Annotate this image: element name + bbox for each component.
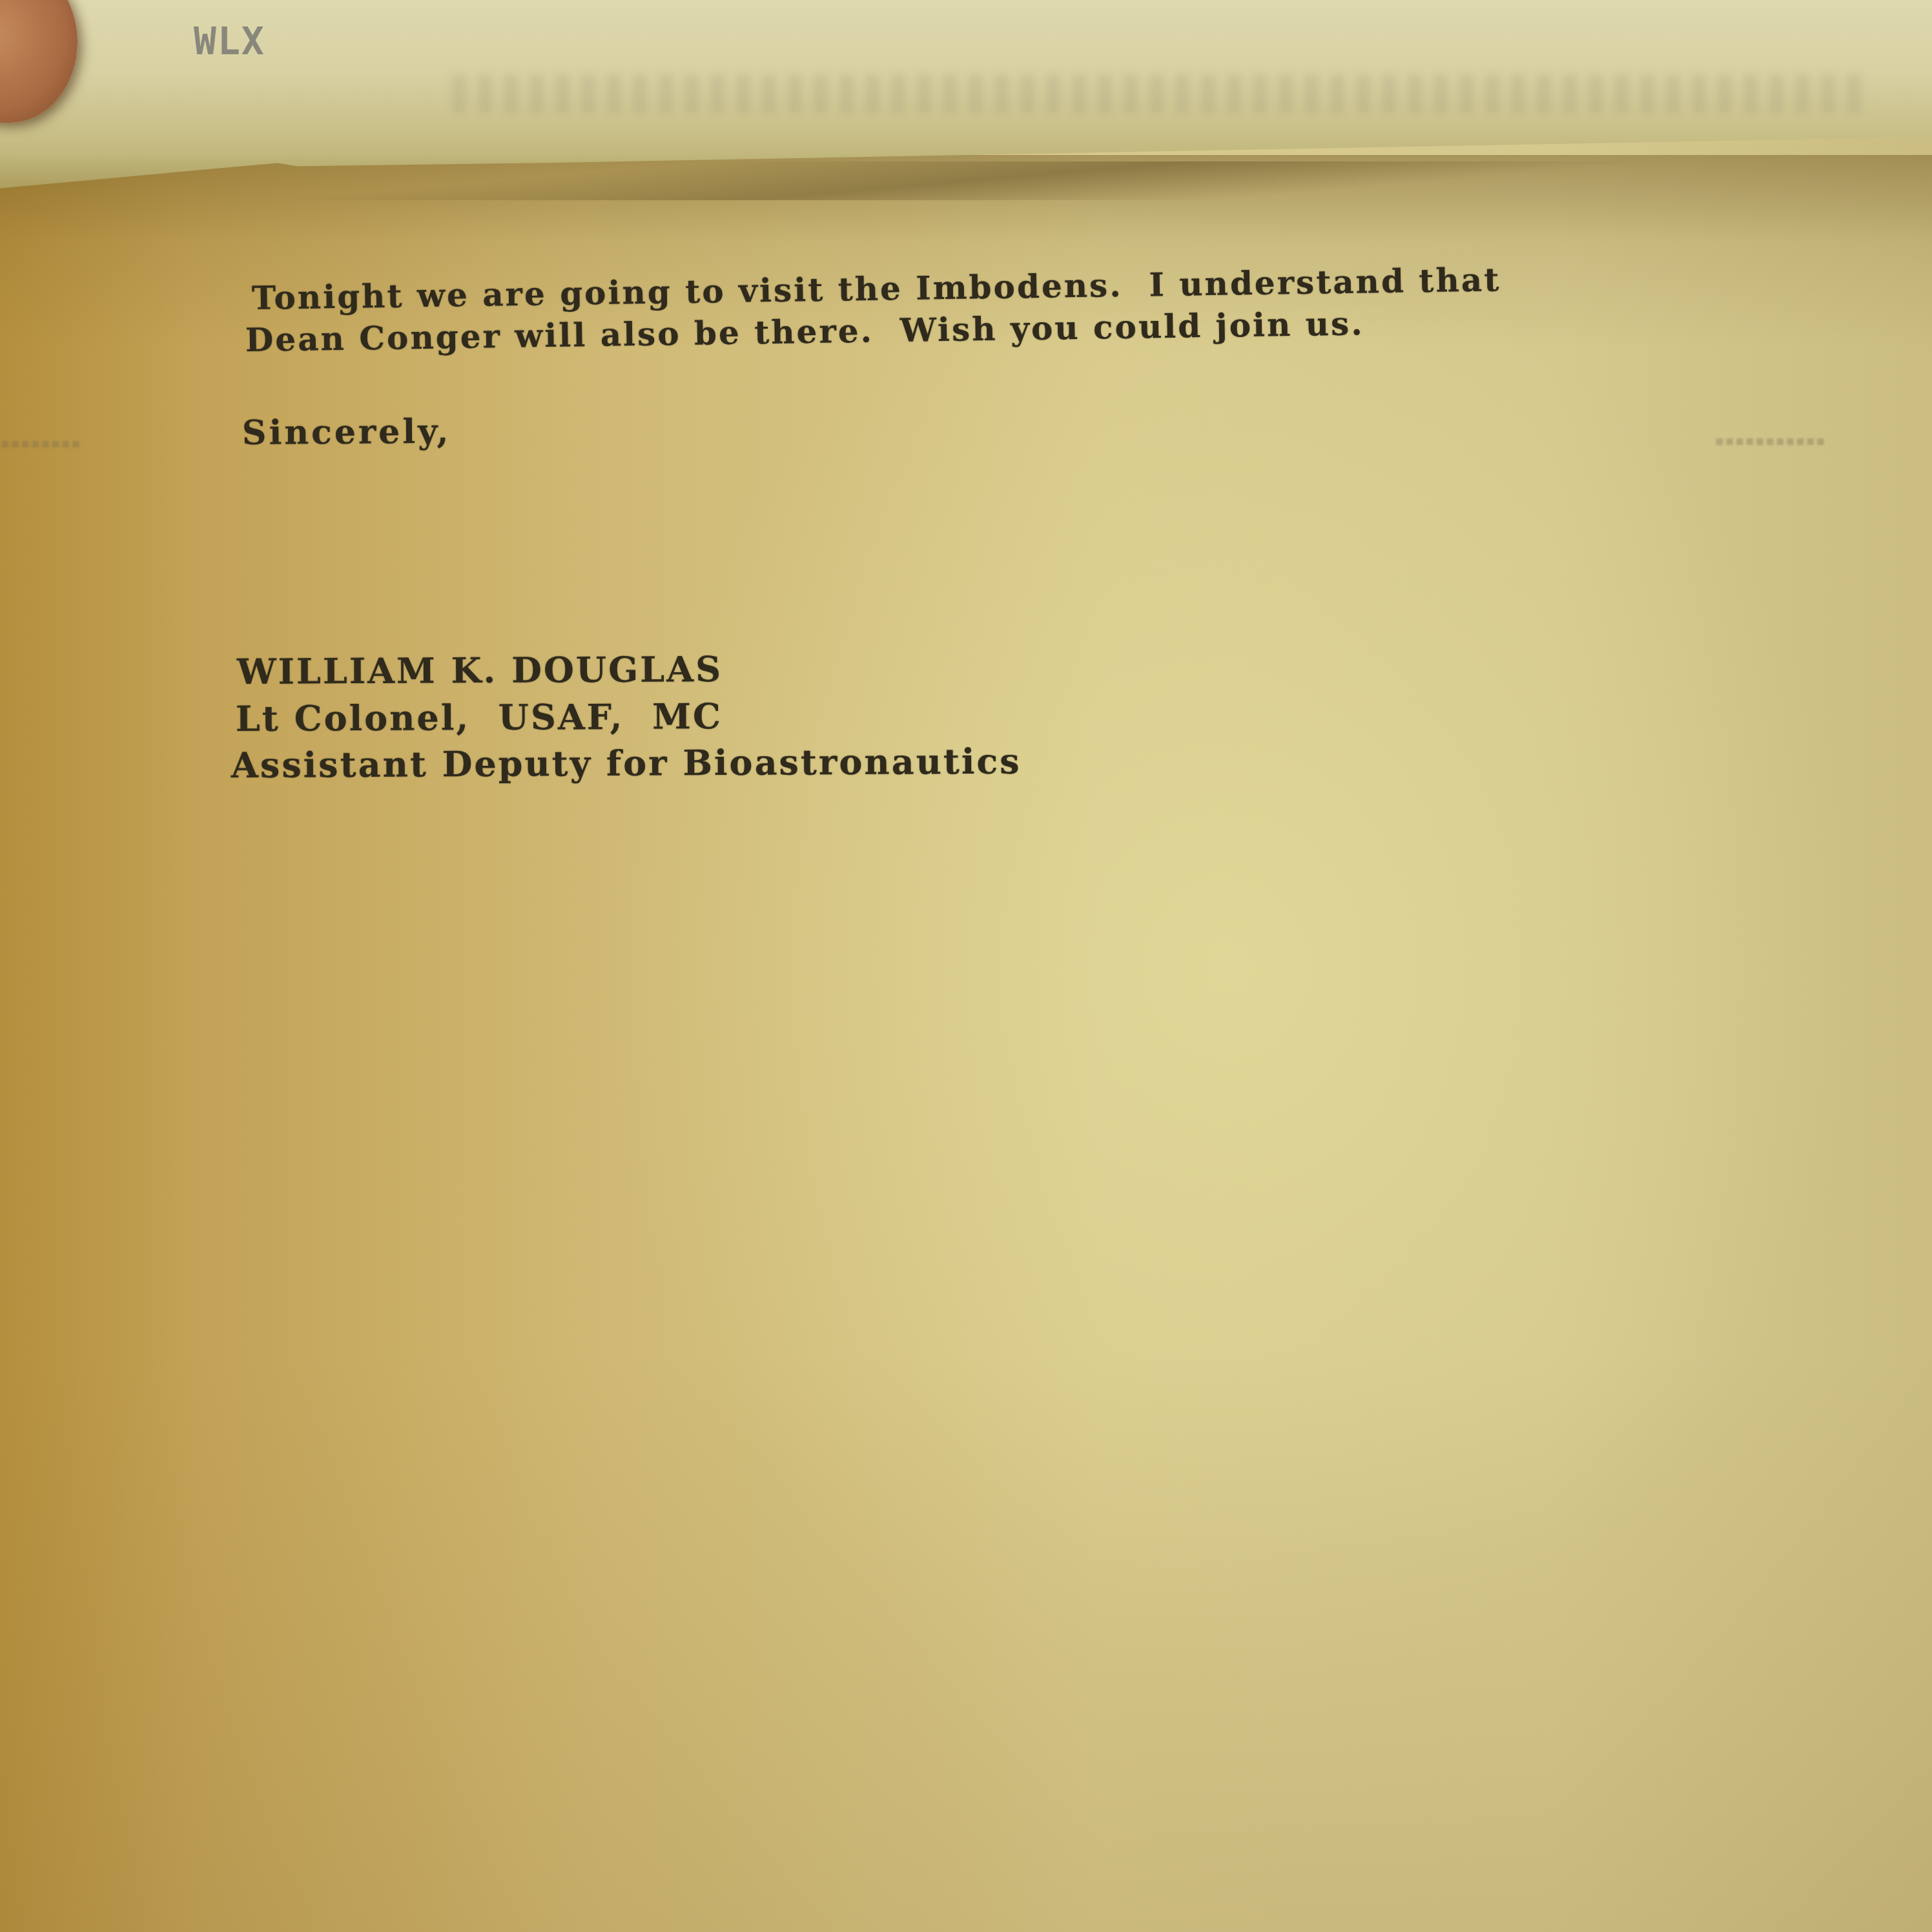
signer-title: Assistant Deputy for Bioastronautics (231, 741, 1022, 786)
folded-page-mark: WLX (194, 19, 265, 63)
signer-name: WILLIAM K. DOUGLAS (237, 648, 723, 692)
faint-smudge-mark: ▪▪▪▪▪▪▪▪ (0, 434, 81, 453)
faint-smudge-mark: ▪▪▪▪▪▪▪▪▪▪▪ (1714, 431, 1825, 451)
signer-rank: Lt Colonel, USAF, MC (236, 695, 723, 739)
closing: Sincerely, (242, 412, 451, 453)
